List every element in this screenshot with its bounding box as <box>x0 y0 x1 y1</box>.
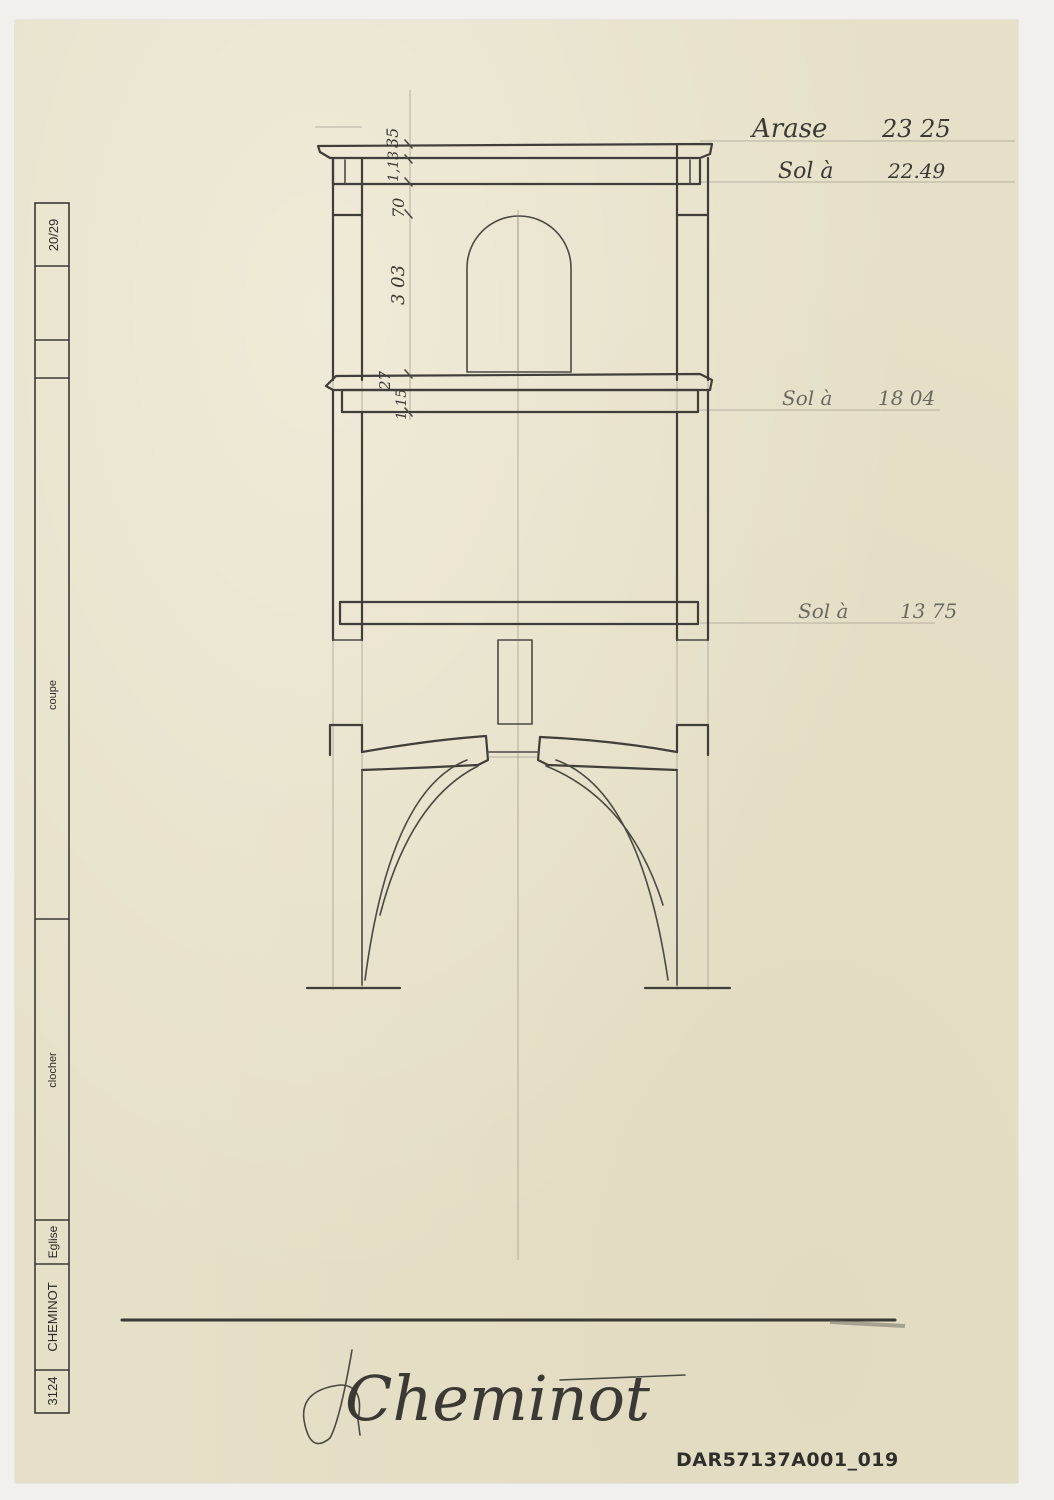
dim-303: 3 03 <box>388 265 409 305</box>
cartouche: 20/29 coupe clocher Eglise CHEMINOT 3124 <box>35 203 69 1413</box>
level-notes: Arase 23 25 Sol à 22.49 Sol à 18 04 Sol … <box>750 114 957 623</box>
level-sol-3-label: Sol à <box>798 599 848 623</box>
cartouche-number: 3124 <box>45 1377 60 1406</box>
cartouche-part: clocher <box>47 1052 59 1088</box>
inventory-code: DAR57137A001_019 <box>676 1449 899 1471</box>
dim-115: 1,15 <box>394 389 410 420</box>
dim-27: 27 <box>376 370 394 391</box>
cartouche-view: coupe <box>47 680 59 710</box>
dim-70: 70 <box>389 198 408 218</box>
dim-35: 35 <box>383 128 402 148</box>
cartouche-sheet-number: 20/29 <box>46 219 61 252</box>
signature: Cheminot <box>304 1350 685 1444</box>
cartouche-building: Eglise <box>46 1225 60 1258</box>
level-sol-3-value: 13 75 <box>900 599 957 623</box>
baseline <box>122 1320 905 1326</box>
level-sol-1-label: Sol à <box>778 159 833 184</box>
level-arase-label: Arase <box>750 114 827 144</box>
signature-text: Cheminot <box>345 1362 650 1435</box>
level-sol-1-value: 22.49 <box>887 159 946 183</box>
guide-lines <box>315 90 1015 1260</box>
tower-section <box>307 144 730 988</box>
level-sol-2-value: 18 04 <box>878 386 935 410</box>
cartouche-commune: CHEMINOT <box>45 1282 60 1351</box>
level-arase-value: 23 25 <box>881 115 951 143</box>
dim-113: 1,13 <box>386 151 402 182</box>
level-sol-2-label: Sol à <box>782 386 832 410</box>
section-drawing: 20/29 coupe clocher Eglise CHEMINOT 3124 <box>0 0 1054 1500</box>
